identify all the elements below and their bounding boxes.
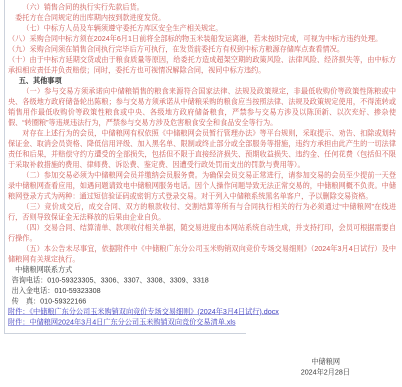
clause-nine-paragraph: （九）采购合同须在销售合同执行完毕后方可执行，在发货前委托方有权到中标方粮源存储… bbox=[8, 45, 396, 56]
section-five-heading: 五、其他事项 bbox=[8, 76, 396, 87]
item-five-paragraph: （五）本公告未尽事宜，依据附件中《中储粮广东分公司玉米购销双向竞价专场交易细则》… bbox=[8, 244, 396, 265]
clause-eight-paragraph: （八）采购合同中标方须在2024年6月1日前将全部标的物玉米装船发运离港，若未按… bbox=[8, 34, 396, 45]
contact-title: 中储粮网联系方式 bbox=[8, 265, 396, 276]
contact-consult-phone: 咨询电话：010-59323305、3306、3307、3308、3309、33… bbox=[8, 276, 396, 287]
attachment-list-xls-link[interactable]: 附件：中储粮网2024年3月4日广东分公司玉米购销双向竞价交易清单.xls bbox=[8, 318, 396, 329]
signature-date: 2024年2月28日 bbox=[8, 368, 396, 379]
clause-seven-paragraph: （七）中标方人员及车辆须遵守委托方库区安全生产相关规定。 bbox=[8, 24, 396, 35]
contact-fax: 传 真：010-59322166 bbox=[8, 297, 396, 308]
attachment-rules-docx-link[interactable]: 附件：《中储粮广东分公司玉米购销双向竞价专场交易细则》(2024年3月4日试行)… bbox=[8, 307, 396, 318]
clause-six-paragraph: （六）销售合同的执行实行先款后货。 bbox=[8, 3, 396, 14]
item-three-paragraph: （三）竞价成交后，成交合同、双方的粮款收付、交割结算等所有与合同执行相关的行为必… bbox=[8, 202, 396, 223]
item-two-paragraph: （二）参加交易必须为中储粮网会员并缴纳会员服务费。为确保会员交易正常进行，请参加… bbox=[8, 171, 396, 203]
announcement-body: （六）销售合同的执行实行先款后货。 委托方在合同规定的出库期内按到款进度发货。 … bbox=[5, 0, 401, 378]
clause-six-note-paragraph: 委托方在合同规定的出库期内按到款进度发货。 bbox=[8, 13, 396, 24]
item-one-paragraph: （一）参与交易方须承诺向中储粮销售的粮食来源符合国家法律、法规及政策规定，非最低… bbox=[8, 87, 396, 129]
contact-deposit-phone: 出入金电话：010-59323308 bbox=[8, 286, 396, 297]
signature-block: 中储粮网 2024年2月28日 bbox=[8, 357, 396, 378]
clause-ten-paragraph: （十）由于中标方延期交货或由于粮食质量等原因，给委托方造成超架空期的政策风险、法… bbox=[8, 55, 396, 76]
item-one-penalty-paragraph: 对存在上述行为的会员，中储粮网有权依照《中储粮网会员暂行管理办法》等平台规则，采… bbox=[8, 129, 396, 171]
signature-organization: 中储粮网 bbox=[8, 357, 396, 368]
item-four-paragraph: （四）交易合同、结算清单、款项收付相关单据，随交易进度由本网站系统自动生成，并支… bbox=[8, 223, 396, 244]
